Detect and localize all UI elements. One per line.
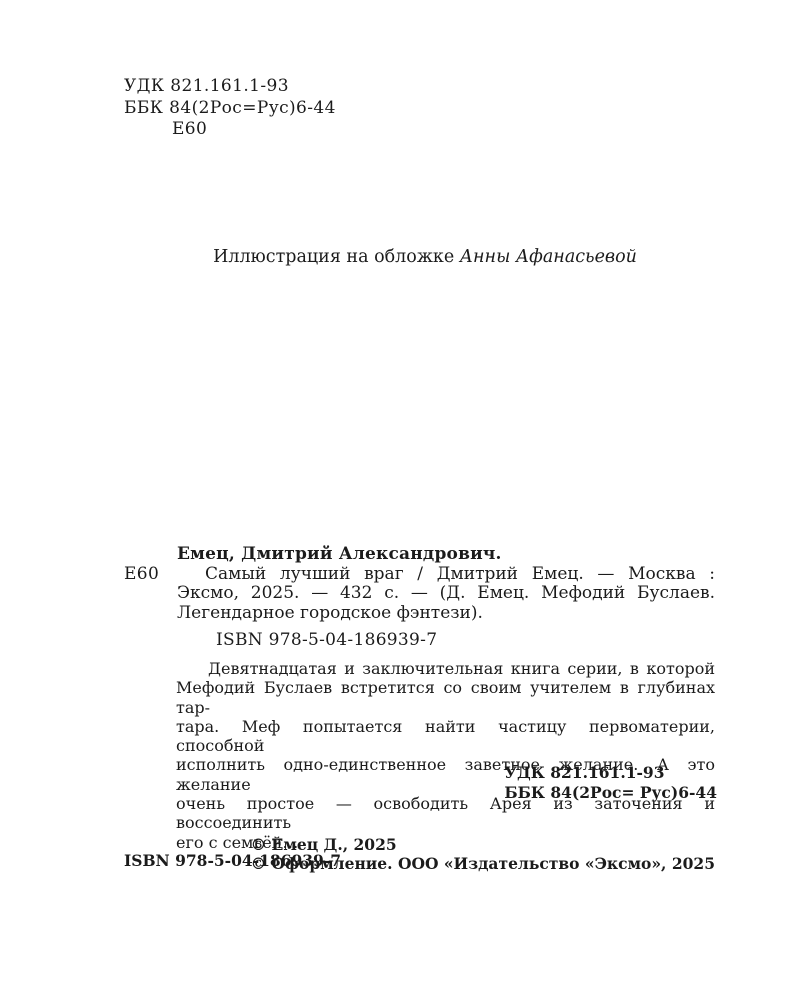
catalog-card: Емец, Дмитрий Александрович. Самый лучши… <box>177 545 715 623</box>
copyright-author: © Емец Д., 2025 <box>251 836 715 855</box>
udk-code-bottom: УДК 821.161.1-93 <box>504 763 717 783</box>
illustrator-name: Анны Афанасьевой <box>460 247 637 267</box>
catalog-entry-line: Эксмо, 2025. — 432 с. — (Д. Емец. Мефоди… <box>177 584 715 604</box>
annotation-line: тара. Меф попытается найти частицу перво… <box>176 717 715 756</box>
bottom-classification-block: УДК 821.161.1-93 ББК 84(2Рос= Рус)6-44 <box>504 763 717 802</box>
author-sign-code: Е60 <box>124 119 336 141</box>
credit-text: Иллюстрация на обложке <box>213 247 460 267</box>
copyright-block: © Емец Д., 2025 © Оформление. ООО «Издат… <box>251 836 715 873</box>
catalog-entry-line: Легендарное городское фэнтези). <box>177 604 715 624</box>
annotation-line: Мефодий Буслаев встретится со своим учит… <box>176 678 715 717</box>
isbn-number: ISBN 978-5-04-186939-7 <box>216 630 437 650</box>
bbk-code: ББК 84(2Рос=Рус)6-44 <box>124 98 336 120</box>
bbk-code-bottom: ББК 84(2Рос= Рус)6-44 <box>504 783 717 803</box>
annotation-paragraph: Девятнадцатая и заключительная книга сер… <box>176 659 715 852</box>
catalog-entry-line: Самый лучший враг / Дмитрий Емец. — Моск… <box>177 565 715 585</box>
udk-code: УДК 821.161.1-93 <box>124 76 336 98</box>
author-heading: Емец, Дмитрий Александрович. <box>177 545 715 565</box>
top-classification-block: УДК 821.161.1-93 ББК 84(2Рос=Рус)6-44 Е6… <box>124 76 336 141</box>
margin-author-code: Е60 <box>124 564 159 584</box>
imprint-page: УДК 821.161.1-93 ББК 84(2Рос=Рус)6-44 Е6… <box>0 0 800 1000</box>
copyright-publisher: © Оформление. ООО «Издательство «Эксмо»,… <box>251 855 715 874</box>
cover-illustration-credit: Иллюстрация на обложке Анны Афанасьевой <box>130 247 720 267</box>
annotation-line: Девятнадцатая и заключительная книга сер… <box>176 659 715 678</box>
